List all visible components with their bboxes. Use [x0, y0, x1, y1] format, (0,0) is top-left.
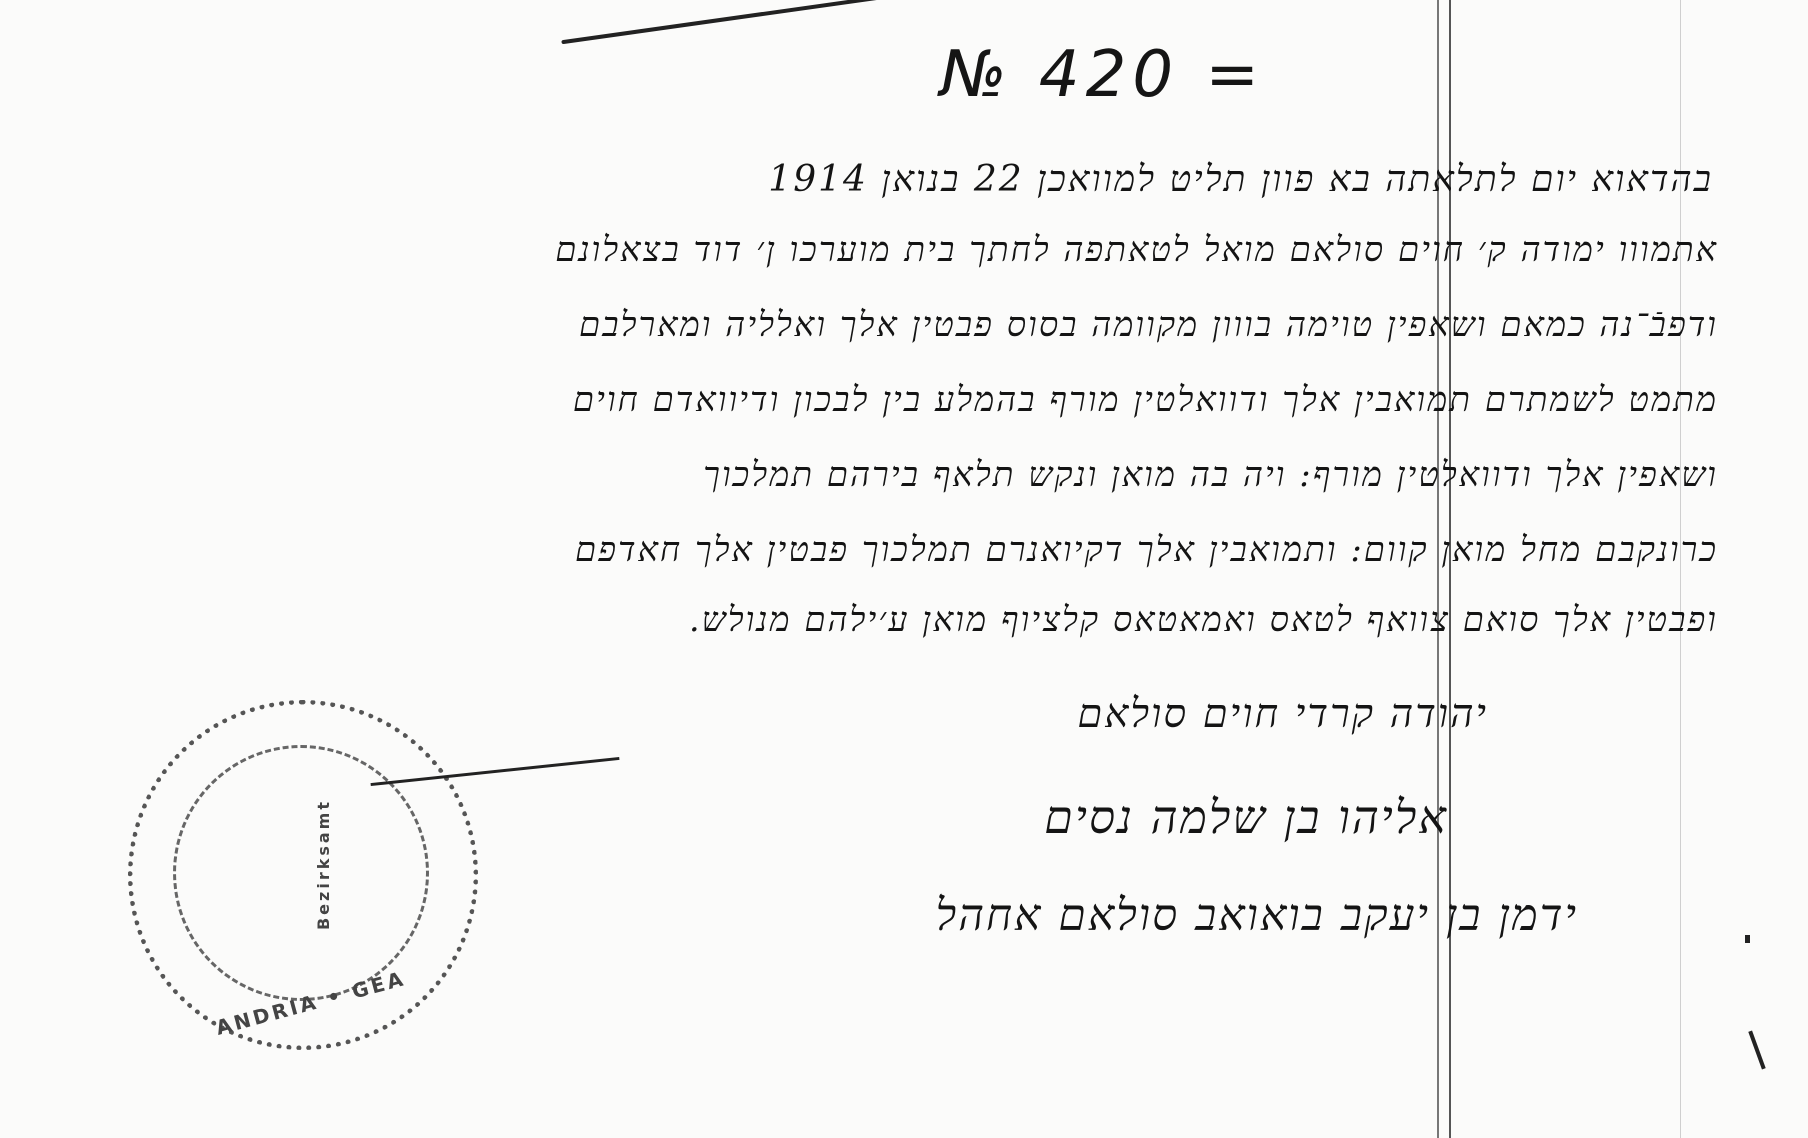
document-number: № 420 =: [940, 38, 1265, 112]
margin-mark: [1748, 1031, 1765, 1070]
body-line-5: כרונקבם מחל מואן קוום: ותמואבין אלך דקיו…: [575, 530, 1718, 570]
body-line-3: מתמט לשמתרם תמואבין אלך ודוואלטין מורף ב…: [573, 380, 1718, 420]
body-line-2: ודפבֿ־נה כמאם ושאפין טוימה בווון מקוומה …: [579, 305, 1718, 345]
margin-dot: [1745, 935, 1750, 943]
signature-3: ידמן בן יעקב בואואב סולאם אחהל: [936, 890, 1578, 941]
body-line-6: ופבטין אלך סואם צוואף לטאס ואמאטאס קלציו…: [689, 600, 1718, 640]
top-pen-stroke: [561, 0, 878, 44]
signature-2: אליהו בן שלמה נסים: [1044, 790, 1448, 844]
header-line: בהדאוא יום לתלאתה בא פוון תליט למוואכן 2…: [768, 158, 1713, 200]
body-line-4: ושאפין אלך ודוואלטין מורף: ויה בה מואן ו…: [703, 455, 1718, 495]
body-line-1: אתמווו ימודה ק׳ חוים סולאם מואל לטאתפה ל…: [555, 230, 1718, 270]
official-stamp: ANDRIA • GEA Bezirksamt: [128, 700, 478, 1050]
stamp-inner-text: Bezirksamt: [314, 799, 333, 930]
signature-1: יהודה קרדי חוים סולאם: [1077, 690, 1488, 737]
